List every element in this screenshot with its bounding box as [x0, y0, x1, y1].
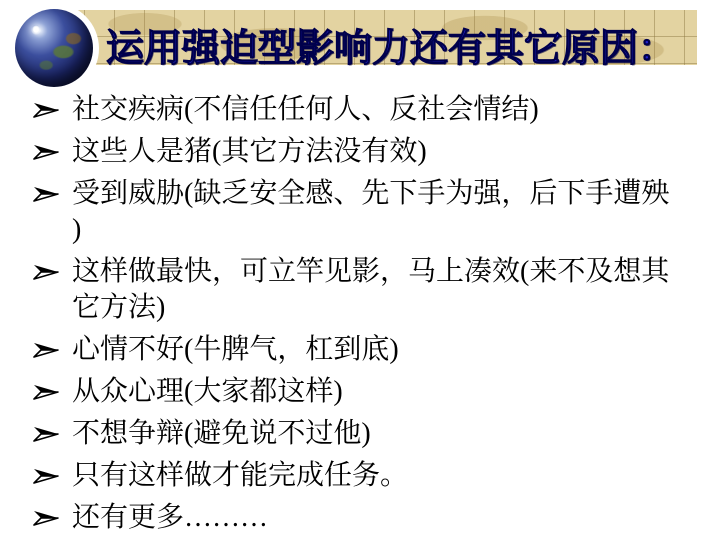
bullet-item-text: 从众心理(大家都这样)	[72, 374, 343, 410]
bullet-item-text: 只有这样做才能完成任务。	[72, 458, 408, 494]
bullet-item-text: 不想争辩(避免说不过他)	[72, 416, 371, 452]
arrowhead-bullet-icon	[33, 100, 60, 120]
slide-title: 运用强迫型影响力还有其它原因：	[106, 17, 676, 72]
bullet-item-text: 这些人是猪(其它方法没有效)	[72, 134, 427, 170]
bullet-item: 受到威胁(缺乏安全感、先下手为强，后下手遭殃 )	[33, 176, 693, 248]
bullet-line: 心情不好(牛脾气，杠到底)	[72, 332, 399, 368]
bullet-line: 这些人是猪(其它方法没有效)	[72, 134, 427, 170]
arrowhead-bullet-icon	[33, 508, 60, 528]
arrowhead-bullet-icon	[33, 424, 60, 444]
arrowhead-bullet-icon	[33, 382, 60, 402]
bullet-item: 不想争辩(避免说不过他)	[33, 416, 693, 452]
bullet-item: 只有这样做才能完成任务。	[33, 458, 693, 494]
bullet-item: 社交疾病(不信任任何人、反社会情结)	[33, 92, 693, 128]
bullet-line: 这样做最快，可立竿见影，马上凑效(来不及想其	[72, 254, 669, 290]
arrowhead-bullet-icon	[33, 262, 60, 282]
bullet-item: 还有更多………	[33, 500, 693, 536]
bullet-line: 不想争辩(避免说不过他)	[72, 416, 371, 452]
bullet-item-text: 心情不好(牛脾气，杠到底)	[72, 332, 399, 368]
bullet-item-text: 还有更多………	[72, 500, 268, 536]
arrowhead-bullet-icon	[33, 184, 60, 204]
bullet-line: 它方法)	[72, 290, 669, 326]
arrowhead-bullet-icon	[33, 340, 60, 360]
bullet-item: 这样做最快，可立竿见影，马上凑效(来不及想其 它方法)	[33, 254, 693, 326]
bullet-item: 从众心理(大家都这样)	[33, 374, 693, 410]
bullet-item-text: 社交疾病(不信任任何人、反社会情结)	[72, 92, 539, 128]
bullet-item: 这些人是猪(其它方法没有效)	[33, 134, 693, 170]
bullet-line: 从众心理(大家都这样)	[72, 374, 343, 410]
bullet-line: 社交疾病(不信任任何人、反社会情结)	[72, 92, 539, 128]
bullet-item-text: 这样做最快，可立竿见影，马上凑效(来不及想其 它方法)	[72, 254, 669, 326]
arrowhead-bullet-icon	[33, 466, 60, 486]
bullet-line: )	[72, 212, 669, 248]
slide: 运用强迫型影响力还有其它原因： 社交疾病(不信任任何人、反社会情结) 这些人是猪…	[0, 0, 720, 540]
bullet-list: 社交疾病(不信任任何人、反社会情结) 这些人是猪(其它方法没有效) 受到威胁(缺…	[33, 92, 693, 540]
globe-earth-icon	[15, 9, 93, 87]
bullet-line: 只有这样做才能完成任务。	[72, 458, 408, 494]
arrowhead-bullet-icon	[33, 142, 60, 162]
bullet-line: 受到威胁(缺乏安全感、先下手为强，后下手遭殃	[72, 176, 669, 212]
bullet-item-text: 受到威胁(缺乏安全感、先下手为强，后下手遭殃 )	[72, 176, 669, 248]
bullet-line: 还有更多………	[72, 500, 268, 536]
bullet-item: 心情不好(牛脾气，杠到底)	[33, 332, 693, 368]
